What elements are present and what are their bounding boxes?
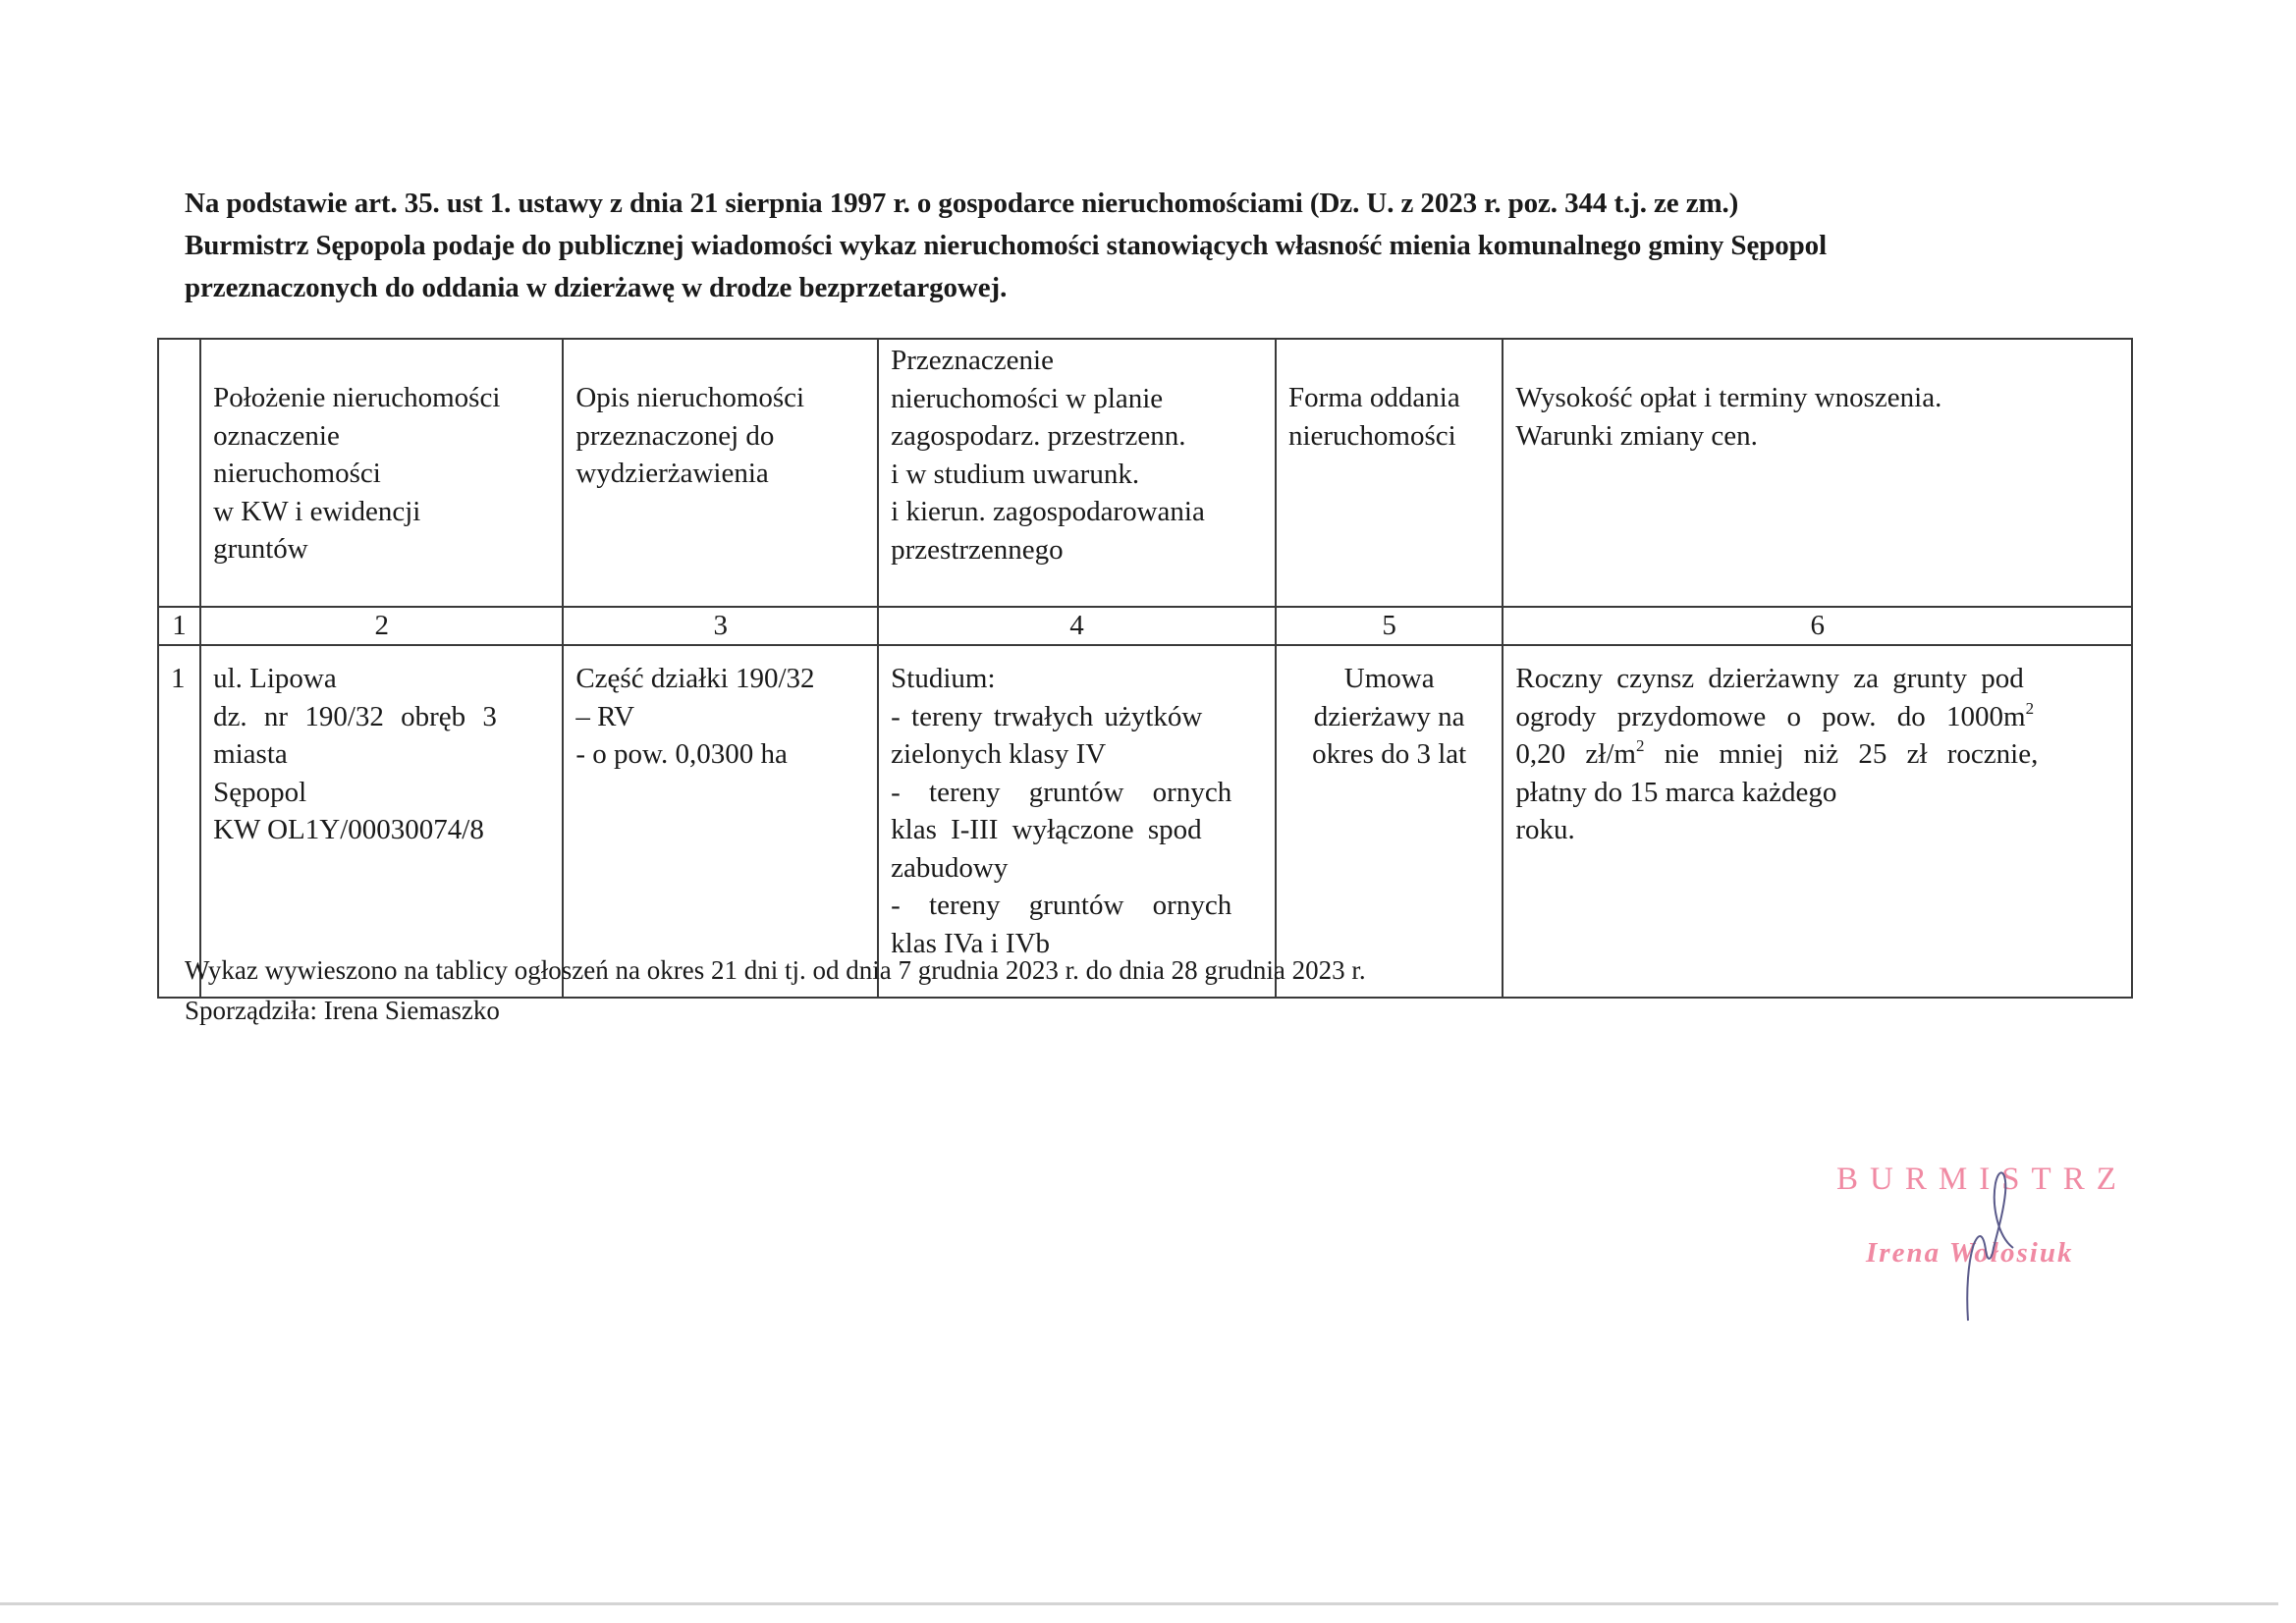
column-number: 1: [158, 607, 200, 645]
cell-location: ul. Lipowa dz. nr 190/32 obręb 3 miasta …: [200, 645, 563, 998]
property-list-table: Położenie nieruchomości oznaczenie nieru…: [157, 338, 2133, 999]
header-description: Opis nieruchomości przeznaczonej do wydz…: [563, 339, 878, 607]
intro-line-3: przeznaczonych do oddania w dzierżawę w …: [185, 267, 2129, 309]
header-lp: [158, 339, 200, 607]
intro-line-1: Na podstawie art. 35. ust 1. ustawy z dn…: [185, 183, 2129, 225]
column-number: 3: [563, 607, 878, 645]
table-row: 1 ul. Lipowa dz. nr 190/32 obręb 3 miast…: [158, 645, 2132, 998]
cell-form: Umowa dzierżawy na okres do 3 lat: [1276, 645, 1503, 998]
column-number: 4: [878, 607, 1276, 645]
intro-line-2: Burmistrz Sępopola podaje do publicznej …: [185, 225, 2129, 267]
column-number: 2: [200, 607, 563, 645]
intro-paragraph: Na podstawie art. 35. ust 1. ustawy z dn…: [185, 183, 2129, 309]
column-number-row: 1 2 3 4 5 6: [158, 607, 2132, 645]
header-location: Położenie nieruchomości oznaczenie nieru…: [200, 339, 563, 607]
footer-notes: Wykaz wywieszono na tablicy ogłoszeń na …: [185, 950, 1366, 1031]
cell-purpose: Studium: - tereny trwałych użytków zielo…: [878, 645, 1276, 998]
column-number: 6: [1503, 607, 2132, 645]
prepared-by-note: Sporządziła: Irena Siemaszko: [185, 991, 1366, 1031]
cell-lp: 1: [158, 645, 200, 998]
signature-icon: [1836, 1154, 2170, 1330]
cell-fees: Roczny czynsz dzierżawny za grunty pod o…: [1503, 645, 2132, 998]
posting-period-note: Wykaz wywieszono na tablicy ogłoszeń na …: [185, 950, 1366, 991]
header-fees: Wysokość opłat i terminy wnoszenia. Waru…: [1503, 339, 2132, 607]
cell-description: Część działki 190/32 – RV - o pow. 0,030…: [563, 645, 878, 998]
table-header-row: Położenie nieruchomości oznaczenie nieru…: [158, 339, 2132, 607]
page-bottom-edge: [0, 1602, 2278, 1605]
mayor-stamp: BURMISTRZ Irena Wołosiuk: [1836, 1154, 2170, 1330]
column-number: 5: [1276, 607, 1503, 645]
header-form: Forma oddania nieruchomości: [1276, 339, 1503, 607]
header-purpose: Przeznaczenie nieruchomości w planie zag…: [878, 339, 1276, 607]
